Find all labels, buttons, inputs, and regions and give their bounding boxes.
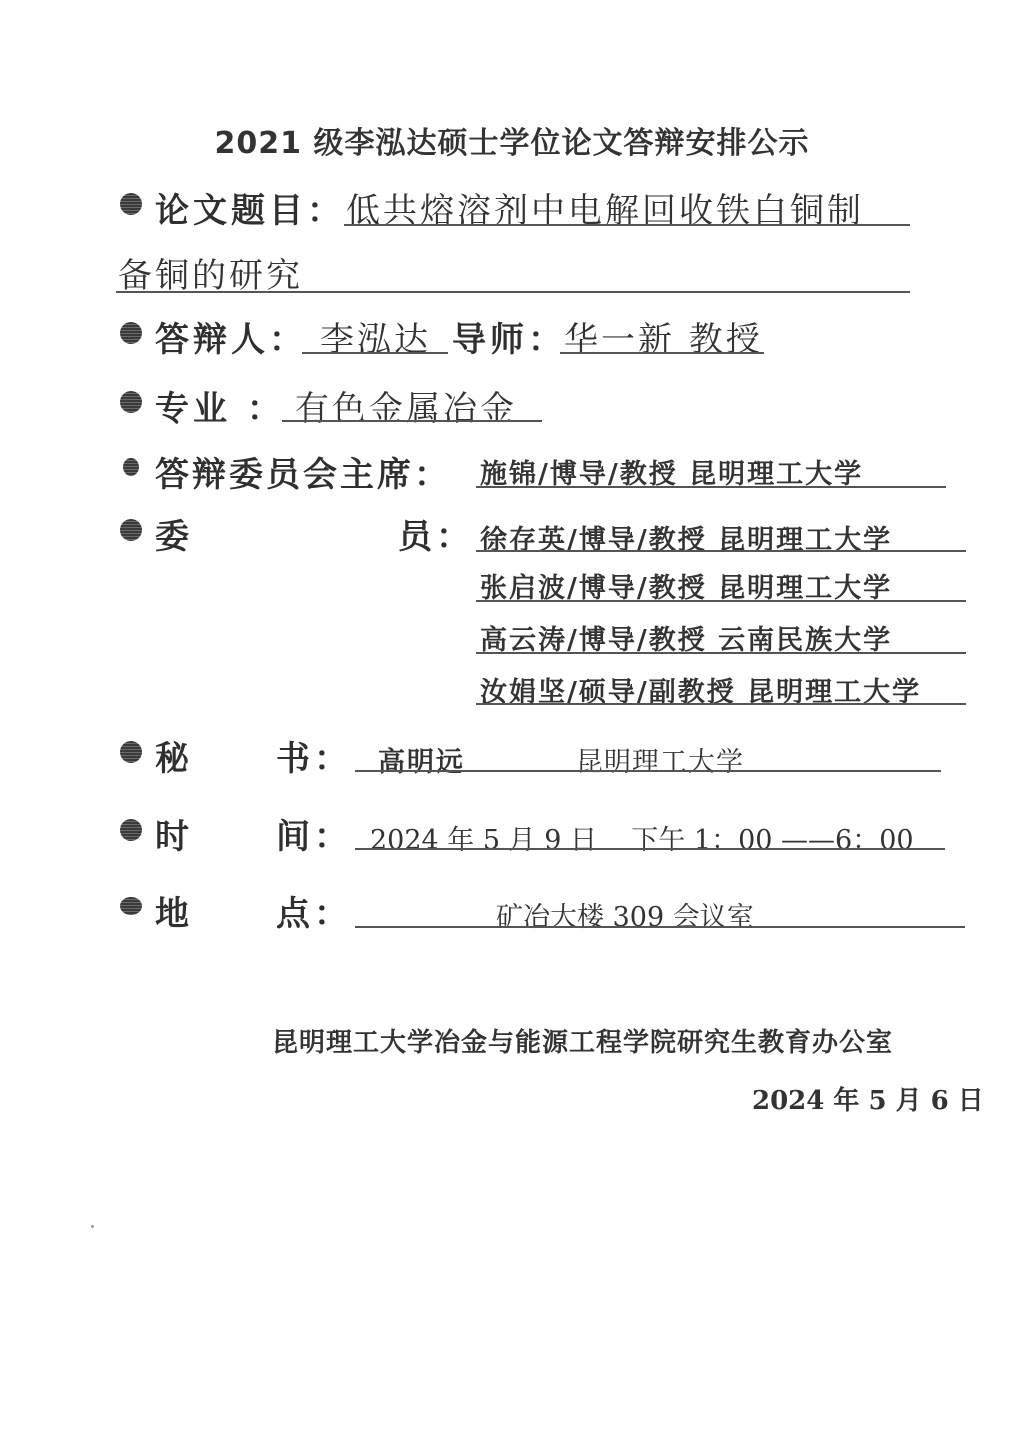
secretary-affiliation: 昆明理工大学 bbox=[576, 740, 744, 779]
underline bbox=[355, 770, 941, 772]
location-label-left: 地 bbox=[155, 886, 193, 935]
thesis-title-line2: 备铜的研究 bbox=[118, 248, 303, 297]
defender-label: 答辩人： bbox=[155, 312, 307, 361]
bullet-icon bbox=[120, 193, 142, 215]
underline bbox=[476, 600, 966, 602]
underline bbox=[116, 291, 910, 293]
members-label-right: 员： bbox=[398, 509, 474, 558]
bullet-icon bbox=[120, 897, 142, 915]
secretary-label-left: 秘 bbox=[155, 731, 193, 780]
underline bbox=[355, 848, 945, 850]
location-value: 矿冶大楼 309 会议室 bbox=[496, 895, 754, 934]
issue-date: 2024 年 5 月 6 日 bbox=[752, 1080, 984, 1117]
scan-speck bbox=[91, 1225, 94, 1228]
time-label-right: 间： bbox=[276, 809, 352, 858]
underline bbox=[355, 926, 965, 928]
major-label: 专业 ： bbox=[155, 381, 285, 430]
location-label-right: 点： bbox=[276, 886, 352, 935]
secretary-label-right: 书： bbox=[276, 731, 352, 780]
major-value: 有色金属冶金 bbox=[295, 381, 517, 430]
underline bbox=[302, 352, 448, 354]
secretary-name: 高明远 bbox=[378, 740, 465, 779]
underline bbox=[476, 486, 946, 488]
bullet-icon bbox=[120, 519, 142, 541]
underline bbox=[344, 224, 910, 226]
bullet-icon bbox=[120, 819, 142, 841]
underline bbox=[282, 420, 542, 422]
time-label-left: 时 bbox=[155, 809, 193, 858]
thesis-label: 论文题目： bbox=[155, 183, 345, 232]
document-title: 2021 级李泓达硕士学位论文答辩安排公示 bbox=[0, 118, 1024, 162]
underline bbox=[476, 550, 966, 552]
members-label-left: 委 bbox=[155, 509, 193, 558]
underline bbox=[560, 352, 764, 354]
time-value: 2024 年 5 月 9 日 下午 1：00 ——6：00 bbox=[370, 818, 914, 857]
bullet-icon bbox=[120, 322, 142, 344]
bullet-icon bbox=[120, 391, 142, 413]
chair-label: 答辩委员会主席： bbox=[155, 447, 451, 496]
advisor-label: 导师： bbox=[452, 312, 566, 361]
underline bbox=[476, 652, 966, 654]
bullet-icon bbox=[123, 458, 139, 476]
issuing-office: 昆明理工大学冶金与能源工程学院研究生教育办公室 bbox=[272, 1022, 893, 1059]
bullet-icon bbox=[120, 741, 142, 763]
underline bbox=[476, 703, 966, 705]
